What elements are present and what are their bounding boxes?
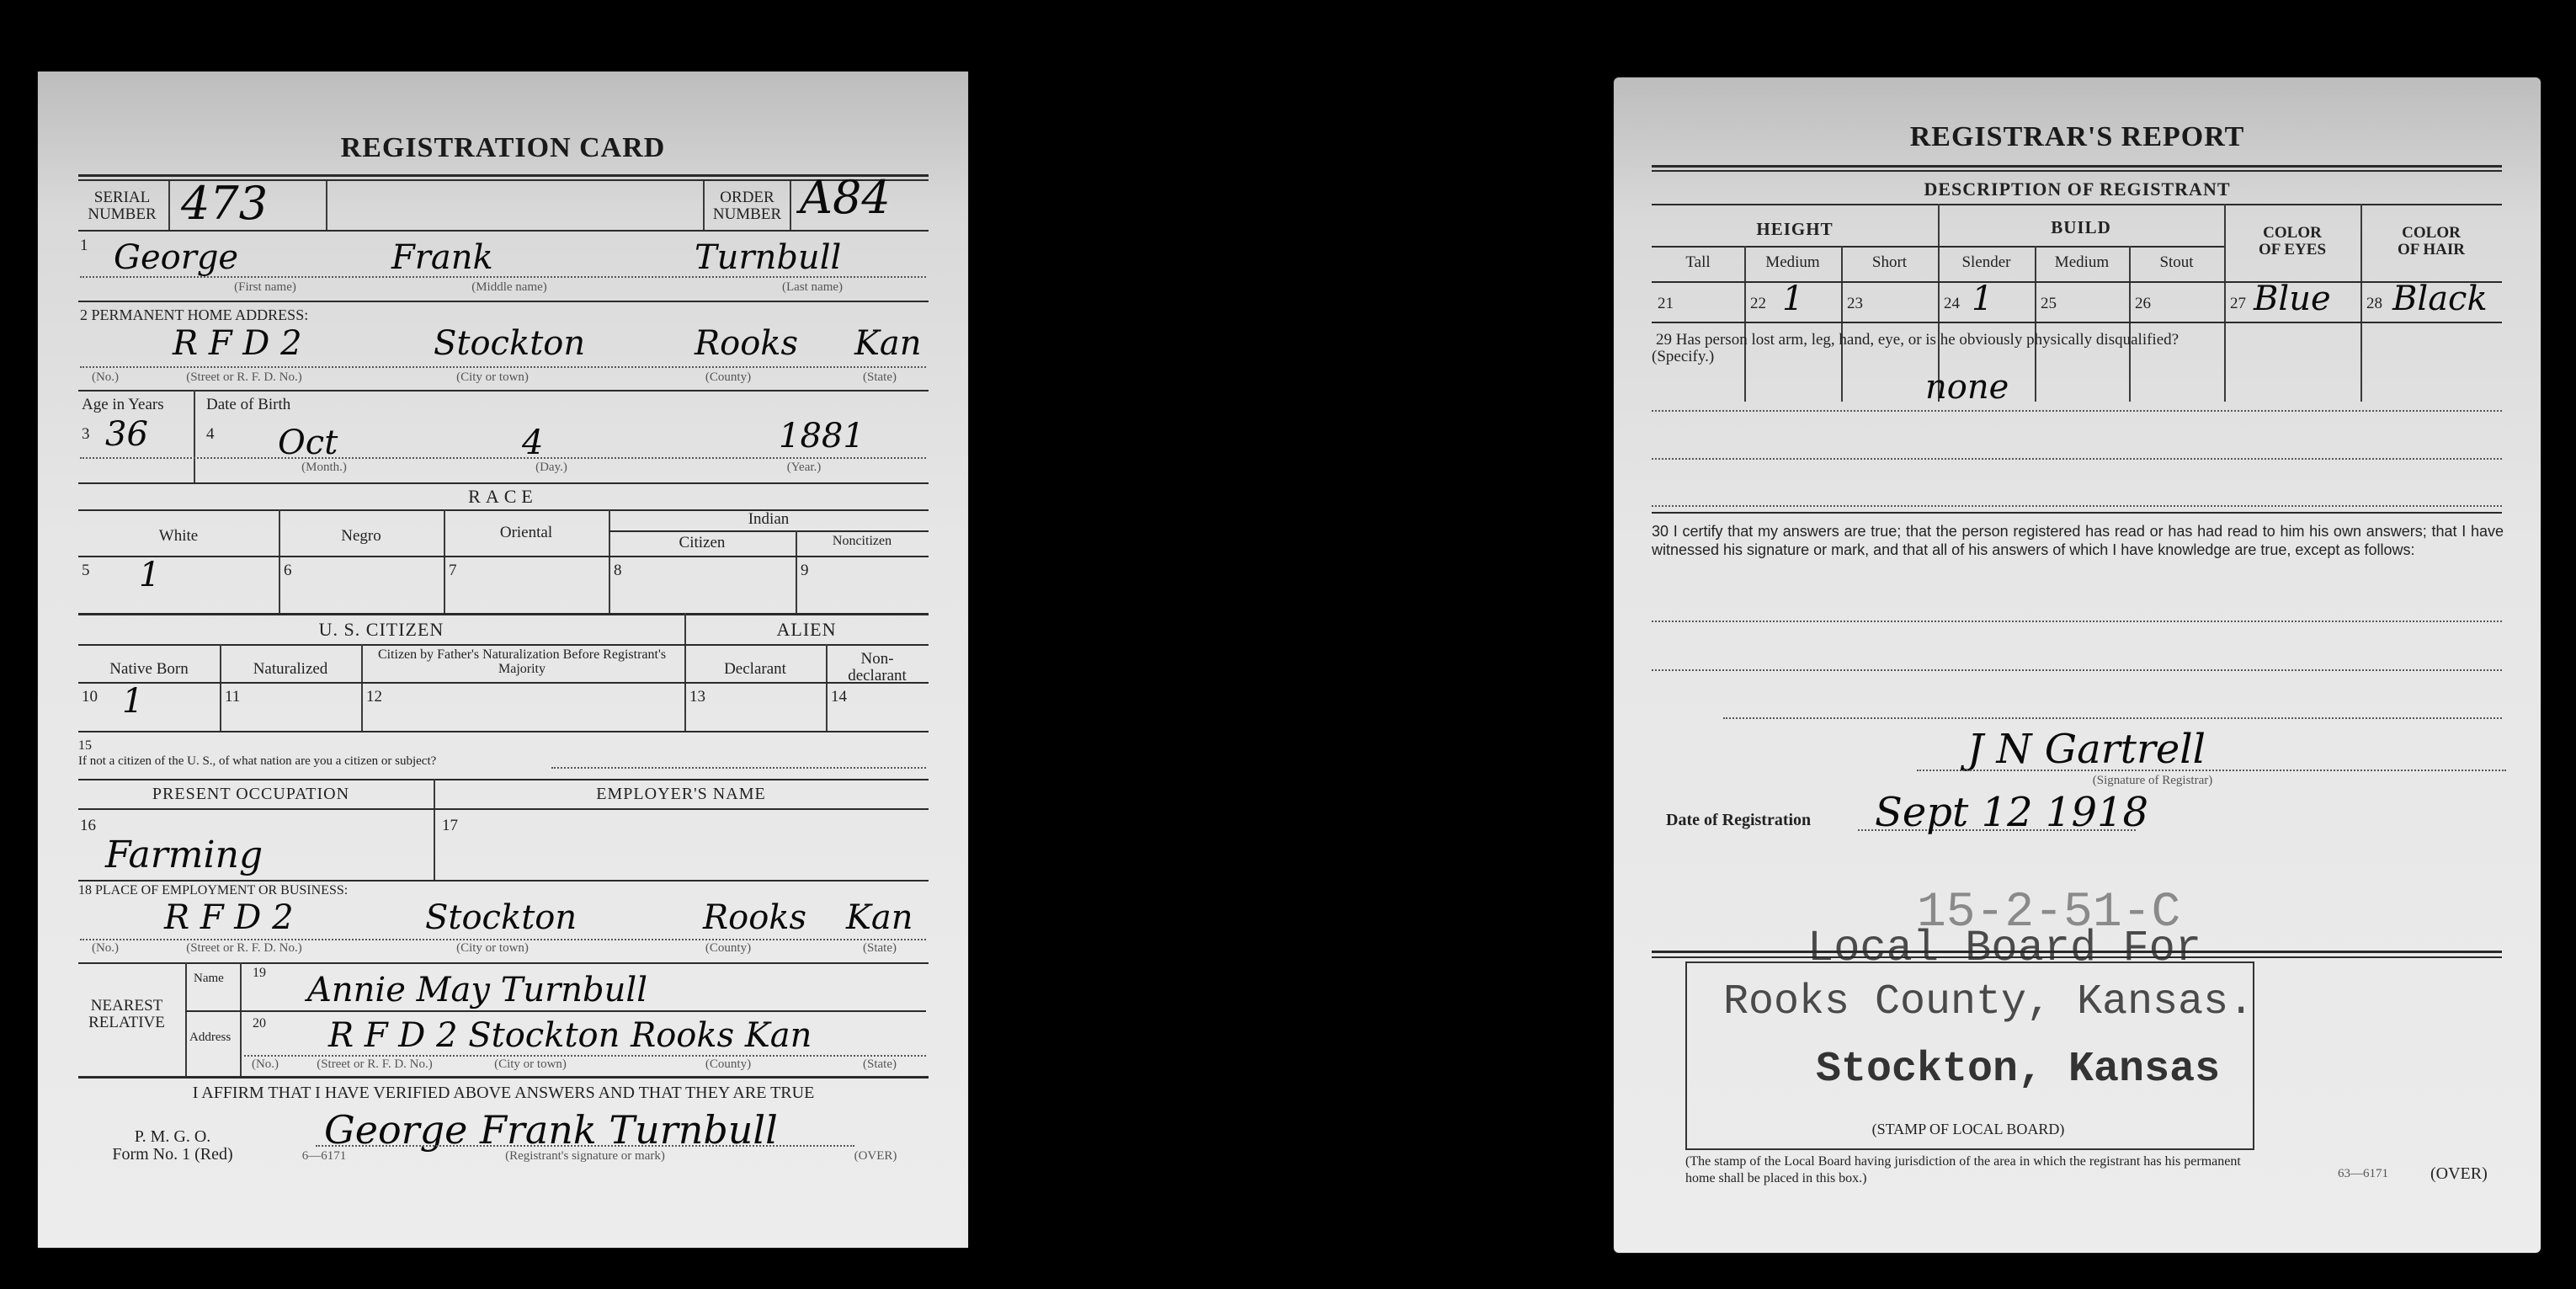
age-label: Age in Years	[82, 397, 164, 413]
divider	[244, 1055, 926, 1057]
divider	[78, 808, 929, 810]
divider	[1723, 717, 2502, 719]
divider	[790, 181, 791, 230]
divider	[1652, 505, 2502, 507]
declarant-label: Declarant	[684, 661, 826, 678]
question-number: 11	[225, 688, 240, 706]
naturalized-label: Naturalized	[220, 661, 361, 678]
description-subtitle: DESCRIPTION OF REGISTRANT	[1614, 178, 2541, 200]
divider	[78, 731, 929, 732]
middle-name-caption: (Middle name)	[425, 280, 593, 295]
question-number: 1	[80, 237, 88, 255]
question-number: 16	[80, 817, 96, 835]
divider	[78, 880, 929, 882]
question-number: 28	[2366, 295, 2382, 313]
specify-label: (Specify.)	[1652, 349, 1714, 365]
divider	[1652, 951, 2502, 953]
divider	[80, 457, 926, 459]
form-id-pmgo: P. M. G. O.	[88, 1128, 257, 1146]
question-number: 7	[449, 562, 457, 580]
registrar-certification: 30 I certify that my answers are true; t…	[1652, 522, 2504, 559]
serial-number-value: 473	[181, 177, 268, 230]
divider	[80, 939, 926, 940]
question-number: 8	[614, 562, 622, 580]
divider	[78, 556, 929, 557]
question-number: 4	[206, 425, 215, 444]
divider	[1652, 281, 2502, 283]
disability-answer: none	[1925, 368, 2009, 407]
signature-caption: (Registrant's signature or mark)	[459, 1149, 711, 1164]
question-number: 15	[78, 738, 92, 754]
question-number: 14	[831, 688, 847, 706]
question-number: 26	[2135, 295, 2151, 313]
build-slender-label: Slender	[1938, 254, 2035, 271]
divider	[78, 962, 929, 964]
employment-street-value: R F D 2	[164, 898, 294, 937]
relative-name-label: Name	[194, 972, 224, 986]
caption: (State)	[846, 941, 913, 956]
race-indian-citizen-label: Citizen	[609, 535, 796, 551]
home-county-value: Rooks	[695, 324, 798, 363]
height-medium-mark: 1	[1782, 280, 1803, 318]
divider	[78, 390, 929, 391]
home-street-value: R F D 2	[173, 324, 302, 363]
divider	[78, 644, 929, 646]
divider	[1652, 165, 2502, 168]
question-number: 24	[1944, 295, 1960, 313]
divider	[316, 1145, 854, 1147]
question-number: 10	[82, 688, 98, 706]
divider	[1652, 669, 2502, 671]
native-born-mark: 1	[122, 682, 143, 721]
first-name-caption: (First name)	[181, 280, 349, 295]
divider	[1917, 770, 2506, 771]
divider	[361, 644, 363, 731]
height-medium-label: Medium	[1744, 254, 1841, 271]
divider	[78, 779, 929, 780]
question-number: 22	[1750, 295, 1766, 313]
height-short-label: Short	[1841, 254, 1938, 271]
serial-number-label: SERIAL NUMBER	[80, 189, 164, 223]
divider	[78, 230, 929, 232]
divider	[168, 181, 170, 230]
build-stout-label: Stout	[2129, 254, 2224, 271]
relative-name-value: Annie May Turnbull	[307, 971, 647, 1009]
question-number: 9	[801, 562, 809, 580]
employer-header: EMPLOYER'S NAME	[434, 785, 929, 804]
question-number: 6	[284, 562, 292, 580]
registrar-signature: J N Gartrell	[1967, 726, 2206, 773]
divider	[609, 530, 929, 532]
occupation-value: Farming	[105, 834, 263, 876]
divider	[80, 276, 926, 278]
caption: (Day.)	[501, 461, 602, 475]
caption: (Street or R. F. D. No.)	[290, 1057, 459, 1072]
caption: (No.)	[240, 1057, 290, 1072]
alien-header: ALIEN	[684, 619, 929, 641]
middle-name-value: Frank	[391, 238, 493, 277]
hair-color-value: Black	[2392, 280, 2488, 318]
height-header: HEIGHT	[1652, 219, 1938, 240]
divider	[1652, 322, 2502, 323]
divider	[1652, 170, 2502, 172]
card-title: REGISTRATION CARD	[38, 132, 968, 164]
divider	[326, 181, 327, 230]
divider	[1652, 246, 2224, 248]
divider	[185, 962, 187, 1076]
question-number: 27	[2230, 295, 2246, 313]
caption: (Month.)	[274, 461, 375, 475]
height-tall-label: Tall	[1652, 254, 1744, 271]
divider	[194, 390, 195, 482]
divider	[78, 682, 929, 684]
order-number-value: A84	[800, 171, 891, 224]
question-number: 13	[689, 688, 705, 706]
last-name-value: Turnbull	[695, 238, 841, 277]
form-id-number: Form No. 1 (Red)	[72, 1146, 274, 1164]
disability-question: 29 Has person lost arm, leg, hand, eye, …	[1656, 332, 2179, 349]
question-number: 20	[253, 1016, 266, 1031]
dob-label: Date of Birth	[206, 397, 290, 413]
nondeclarant-label: Non- declarant	[826, 651, 929, 684]
question-number: 5	[82, 562, 90, 580]
caption: (State)	[846, 1057, 913, 1072]
registrars-report-card: REGISTRAR'S REPORT DESCRIPTION OF REGIST…	[1614, 77, 2541, 1253]
caption: (City or town)	[467, 1057, 593, 1072]
registration-date-value: Sept 12 1918	[1875, 789, 2148, 836]
divider	[279, 509, 280, 613]
caption: (State)	[846, 370, 913, 385]
race-indian-label: Indian	[609, 511, 929, 528]
race-white-label: White	[78, 528, 279, 545]
race-negro-label: Negro	[279, 528, 444, 545]
divider	[1652, 621, 2502, 622]
dob-year-value: 1881	[779, 417, 865, 455]
home-address-label: 2 PERMANENT HOME ADDRESS:	[80, 307, 308, 323]
employment-state-value: Kan	[846, 898, 913, 937]
home-state-value: Kan	[854, 324, 922, 363]
home-city-value: Stockton	[434, 324, 585, 363]
stamp-instructions: (The stamp of the Local Board having jur…	[1685, 1153, 2266, 1187]
question-number: 19	[253, 966, 266, 981]
build-slender-mark: 1	[1972, 280, 1993, 318]
caption: (Year.)	[753, 461, 854, 475]
affirmation-text: I AFFIRM THAT I HAVE VERIFIED ABOVE ANSW…	[78, 1084, 929, 1102]
caption: (No.)	[72, 370, 139, 385]
employment-city-value: Stockton	[425, 898, 577, 937]
question-number: 23	[1847, 295, 1863, 313]
report-title: REGISTRAR'S REPORT	[1614, 121, 2541, 153]
divider	[703, 181, 705, 230]
divider	[220, 644, 221, 731]
registration-date-label: Date of Registration	[1666, 812, 1811, 829]
caption: (County)	[678, 1057, 779, 1072]
question-number: 3	[82, 425, 90, 444]
citizen-by-father-label: Citizen by Father's Naturalization Befor…	[375, 648, 669, 677]
divider	[78, 1076, 929, 1079]
employment-county-value: Rooks	[703, 898, 806, 937]
first-name-value: George	[114, 238, 238, 277]
divider	[78, 301, 929, 302]
caption: (County)	[678, 941, 779, 956]
native-born-label: Native Born	[78, 661, 220, 678]
divider	[1652, 204, 2502, 205]
divider	[185, 1010, 926, 1012]
divider	[1652, 512, 2502, 514]
print-code: 63—6171	[2321, 1167, 2405, 1181]
divider	[1652, 458, 2502, 460]
divider	[1652, 956, 2502, 958]
over-label: (OVER)	[2430, 1165, 2488, 1183]
eye-color-value: Blue	[2254, 280, 2331, 318]
caption: (No.)	[72, 941, 139, 956]
race-white-mark: 1	[139, 556, 160, 594]
divider	[78, 613, 929, 615]
local-board-stamp-line2: Rooks County, Kansas.	[1723, 978, 2254, 1026]
question-number: 17	[442, 817, 458, 835]
age-value: 36	[105, 415, 148, 454]
question-number: 12	[366, 688, 382, 706]
caption: (Street or R. F. D. No.)	[147, 370, 341, 385]
caption: (City or town)	[408, 370, 577, 385]
question-number: 21	[1658, 295, 1674, 313]
question-number: 25	[2041, 295, 2057, 313]
order-number-label: ORDER NUMBER	[707, 189, 787, 223]
foreign-nation-question: If not a citizen of the U. S., of what n…	[78, 755, 436, 769]
race-header: RACE	[38, 486, 968, 508]
occupation-header: PRESENT OCCUPATION	[78, 785, 423, 804]
us-citizen-header: U. S. CITIZEN	[78, 619, 684, 641]
divider	[78, 482, 929, 484]
divider	[551, 767, 926, 769]
over-label: (OVER)	[838, 1149, 913, 1164]
race-oriental-label: Oriental	[444, 525, 609, 541]
eye-color-header: COLOR OF EYES	[2224, 225, 2360, 258]
build-header: BUILD	[1938, 217, 2224, 238]
race-indian-noncitizen-label: Noncitizen	[796, 535, 929, 549]
registration-card: REGISTRATION CARD SERIAL NUMBER 473 ORDE…	[38, 72, 968, 1248]
divider	[1652, 410, 2502, 412]
registrar-signature-caption: (Signature of Registrar)	[2018, 774, 2287, 788]
stamp-box-label: (STAMP OF LOCAL BOARD)	[1685, 1121, 2251, 1137]
place-of-employment-label: 18 PLACE OF EMPLOYMENT OR BUSINESS:	[78, 884, 348, 898]
caption: (County)	[678, 370, 779, 385]
caption: (City or town)	[408, 941, 577, 956]
hair-color-header: COLOR OF HAIR	[2360, 225, 2502, 258]
nearest-relative-label: NEAREST RELATIVE	[78, 998, 175, 1031]
local-board-stamp-line3: Stockton, Kansas	[1816, 1046, 2220, 1094]
last-name-caption: (Last name)	[728, 280, 897, 295]
divider	[80, 366, 926, 368]
caption: (Street or R. F. D. No.)	[147, 941, 341, 956]
build-medium-label: Medium	[2035, 254, 2129, 271]
relative-address-label: Address	[189, 1031, 231, 1045]
relative-address-value: R F D 2 Stockton Rooks Kan	[328, 1016, 812, 1055]
